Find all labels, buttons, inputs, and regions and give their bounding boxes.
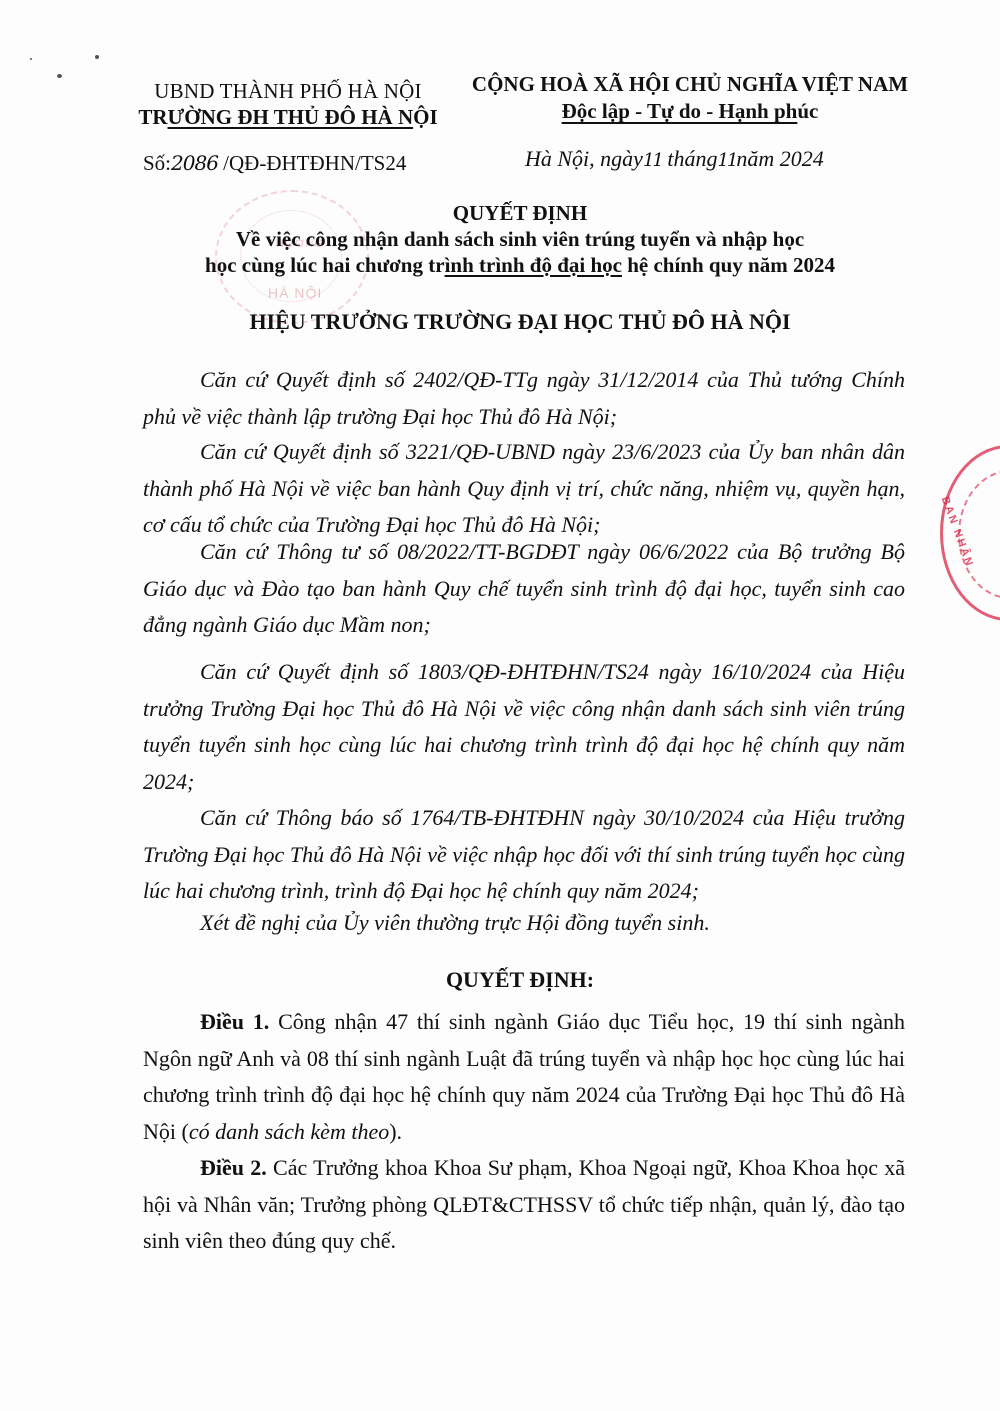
- handwritten-month: 11: [717, 150, 736, 171]
- scan-speck: [30, 58, 32, 60]
- decision-subject-line1: Về việc công nhận danh sách sinh viên tr…: [140, 226, 900, 252]
- decision-title-block: QUYẾT ĐỊNH Về việc công nhận danh sách s…: [140, 200, 900, 278]
- preamble-text: Căn cứ Quyết định số 2402/QĐ-TTg ngày 31…: [143, 362, 905, 435]
- article-1: Điều 1. Công nhận 47 thí sinh ngành Giáo…: [143, 1004, 905, 1150]
- subject-underlined: ình trình độ đại học: [445, 253, 622, 277]
- handwritten-day: 11: [643, 150, 662, 171]
- article-text: Điều 2. Các Trưởng khoa Khoa Sư phạm, Kh…: [143, 1150, 905, 1260]
- subject-part: học cùng lúc hai chương tr: [205, 253, 445, 277]
- article-italic: có danh sách kèm theo: [189, 1119, 389, 1144]
- university-name-part: TR: [138, 105, 167, 129]
- article-label: Điều 2.: [200, 1155, 267, 1180]
- preamble-text: Căn cứ Thông tư số 08/2022/TT-BGDĐT ngày…: [143, 534, 905, 644]
- article-tail: ).: [389, 1119, 402, 1144]
- motto-part: úc: [797, 99, 818, 123]
- city-committee: UBND THÀNH PHỐ HÀ NỘI: [128, 78, 448, 104]
- scan-speck: [95, 55, 99, 59]
- decision-heading: QUYẾT ĐỊNH:: [140, 967, 900, 993]
- country-name: CỘNG HOÀ XÃ HỘI CHỦ NGHĨA VIỆT NAM: [455, 70, 925, 98]
- university-name: TRƯỜNG ĐH THỦ ĐÔ HÀ NỘI: [128, 104, 448, 130]
- month-label: tháng: [662, 146, 718, 171]
- document-number: Số:2086 /QĐ-ĐHTĐHN/TS24: [143, 151, 406, 176]
- preamble-paragraph: Xét đề nghị của Ủy viên thường trực Hội …: [143, 905, 905, 942]
- decision-subject-line2: học cùng lúc hai chương trình trình độ đ…: [140, 252, 900, 278]
- handwritten-number: 2086: [171, 151, 218, 175]
- preamble-paragraph: Căn cứ Thông tư số 08/2022/TT-BGDĐT ngày…: [143, 534, 905, 644]
- preamble-text: Căn cứ Thông báo số 1764/TB-ĐHTĐHN ngày …: [143, 800, 905, 910]
- date-prefix: Hà Nội, ngày: [525, 146, 643, 171]
- preamble-paragraph: Căn cứ Quyết định số 2402/QĐ-TTg ngày 31…: [143, 362, 905, 435]
- article-text: Điều 1. Công nhận 47 thí sinh ngành Giáo…: [143, 1004, 905, 1150]
- preamble-paragraph: Căn cứ Quyết định số 3221/QĐ-UBND ngày 2…: [143, 434, 905, 544]
- article-label: Điều 1.: [200, 1009, 269, 1034]
- university-name-underlined: ƯỜNG ĐH THỦ ĐÔ HÀ N: [168, 105, 414, 129]
- number-suffix: /QĐ-ĐHTĐHN/TS24: [218, 151, 406, 175]
- preamble-paragraph: Căn cứ Thông báo số 1764/TB-ĐHTĐHN ngày …: [143, 800, 905, 910]
- subject-part: hệ chính quy năm 2024: [622, 253, 835, 277]
- year-label: năm 2024: [736, 146, 823, 171]
- article-2: Điều 2. Các Trưởng khoa Khoa Sư phạm, Kh…: [143, 1150, 905, 1260]
- motto-underlined: Độc lập - Tự do - Hạnh ph: [562, 99, 798, 123]
- national-motto: CỘNG HOÀ XÃ HỘI CHỦ NGHĨA VIỆT NAM Độc l…: [455, 70, 925, 124]
- preamble-text: Căn cứ Quyết định số 1803/QĐ-ĐHTĐHN/TS24…: [143, 654, 905, 800]
- university-name-part: ỘI: [413, 105, 438, 129]
- motto: Độc lập - Tự do - Hạnh phúc: [455, 98, 925, 124]
- document-page: THƯỜNG HÀ NỘI BAN NHÂN UBND THÀNH PHỐ HÀ…: [0, 0, 1000, 1411]
- scan-speck: [57, 74, 62, 78]
- number-prefix: Số:: [143, 151, 171, 175]
- preamble-paragraph: Căn cứ Quyết định số 1803/QĐ-ĐHTĐHN/TS24…: [143, 654, 905, 800]
- preamble-text: Xét đề nghị của Ủy viên thường trực Hội …: [143, 905, 905, 942]
- preamble-text: Căn cứ Quyết định số 3221/QĐ-UBND ngày 2…: [143, 434, 905, 544]
- issuing-authority: UBND THÀNH PHỐ HÀ NỘI TRƯỜNG ĐH THỦ ĐÔ H…: [128, 78, 448, 130]
- issuing-principal: HIỆU TRƯỞNG TRƯỜNG ĐẠI HỌC THỦ ĐÔ HÀ NỘI: [140, 309, 900, 335]
- place-date: Hà Nội, ngày11 tháng11năm 2024: [525, 146, 824, 172]
- decision-title: QUYẾT ĐỊNH: [140, 200, 900, 226]
- faded-stamp-text: HÀ NỘI: [268, 285, 322, 301]
